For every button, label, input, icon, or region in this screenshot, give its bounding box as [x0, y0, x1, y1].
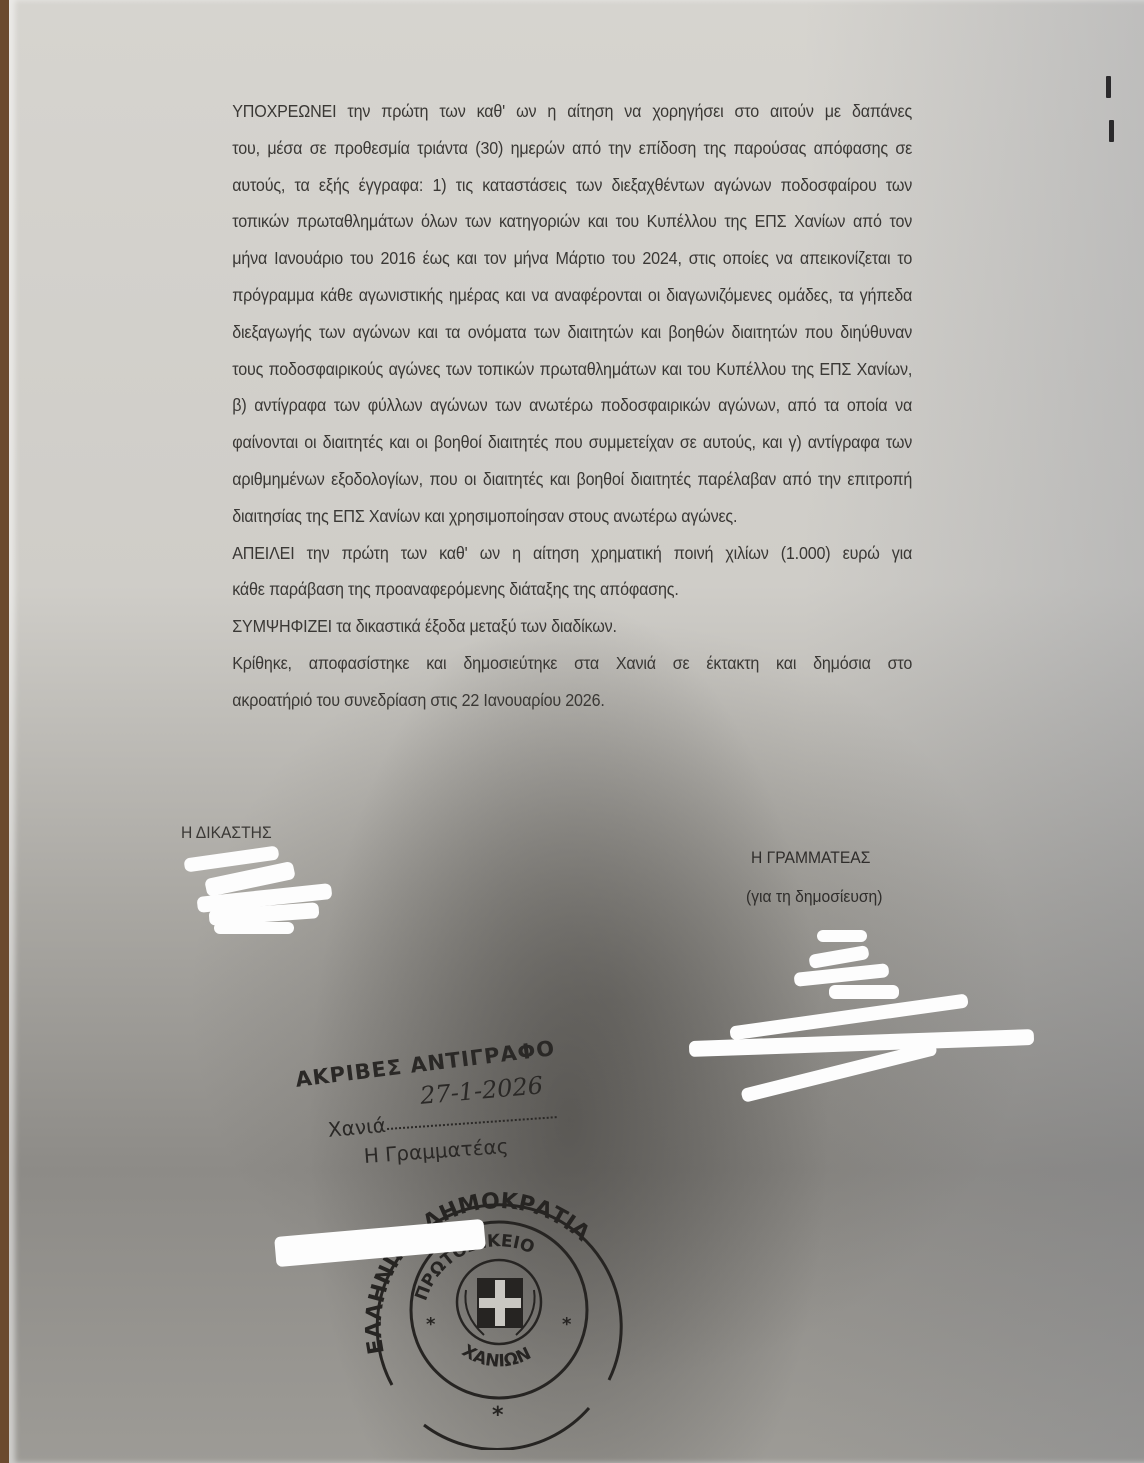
seal-outer-text: ΕΛΛΗΝΙΚΗ ΔΗΜΟΚΡΑΤΙΑ [362, 1189, 594, 1356]
certified-copy-city: Χανιά [327, 1113, 387, 1142]
certified-copy-role: Η Γραμματέας [363, 1134, 509, 1168]
paragraph-obligation: ΥΠΟΧΡΕΩΝΕΙ την πρώτη των καθ' ων η αίτησ… [143, 93, 912, 535]
court-seal: ΕΛΛΗΝΙΚΗ ΔΗΜΟΚΡΑΤΙΑ ΠΡΩΤΟΔΙΚΕΙΟ ΧΑΝΙΩΝ *… [354, 1170, 644, 1450]
text-line: του, μέσα σε προθεσμία τριάντα (30) ημερ… [143, 130, 912, 167]
text-line: φαίνονται οι διαιτητές και οι βοηθοί δια… [143, 424, 912, 461]
text-line: ΑΠΕΙΛΕΙ την πρώτη των καθ' ων η αίτηση χ… [143, 535, 912, 572]
certified-copy-date: 27-1-2026 [419, 1071, 544, 1110]
text-line: διαιτησίας της ΕΠΣ Χανίων και χρησιμοποί… [143, 498, 912, 535]
seal-bottom-text: ΧΑΝΙΩΝ [458, 1341, 534, 1372]
text-line: κάθε παράβαση της προαναφερόμενης διάταξ… [143, 571, 912, 608]
document-page: ΥΠΟΧΡΕΩΝΕΙ την πρώτη των καθ' ων η αίτησ… [9, 0, 1144, 1463]
paragraph-publication: Κρίθηκε, αποφασίστηκε και δημοσιεύτηκε σ… [143, 645, 912, 719]
text-line: πρόγραμμα κάθε αγωνιστικής ημέρας και να… [143, 277, 912, 314]
stamp-dotted-line [387, 1116, 557, 1130]
text-line: διεξαγωγής των αγώνων και τα ονόματα των… [143, 314, 912, 351]
text-line: ΥΠΟΧΡΕΩΝΕΙ την πρώτη των καθ' ων η αίτησ… [143, 93, 912, 130]
text-line: μήνα Ιανουάριο του 2016 έως και τον μήνα… [143, 240, 912, 277]
greek-cross-emblem-icon [465, 1278, 534, 1335]
text-line: ακροατήριό του συνεδρίαση στις 22 Ιανουα… [143, 682, 912, 719]
paragraph-penalty: ΑΠΕΙΛΕΙ την πρώτη των καθ' ων η αίτηση χ… [143, 535, 912, 609]
text-line: αριθμημένων εξοδολογίων, που οι διαιτητέ… [143, 461, 912, 498]
text-line: αυτούς, τα εξής έγγραφα: 1) τις καταστάσ… [143, 167, 912, 204]
text-line: τους ποδοσφαιρικούς αγώνες των τοπικών π… [143, 351, 912, 388]
staple-mark [1109, 120, 1114, 142]
text-line: τοπικών πρωταθλημάτων όλων των κατηγοριώ… [143, 203, 912, 240]
judge-signature-label: Η ΔΙΚΑΣΤΗΣ [181, 823, 272, 843]
clerk-signature-sublabel: (για τη δημοσίευση) [746, 887, 882, 907]
text-line: ΣΥΜΨΗΦΙΖΕΙ τα δικαστικά έξοδα μεταξύ των… [143, 608, 912, 645]
seal-star-right-icon: * [562, 1314, 572, 1335]
staple-mark [1106, 76, 1111, 98]
seal-star-left-icon: * [426, 1314, 436, 1335]
text-line: β) αντίγραφα των φύλλων αγώνων των ανωτέ… [143, 387, 912, 424]
seal-star-bottom-icon: * [492, 1403, 504, 1428]
document-body: ΥΠΟΧΡΕΩΝΕΙ την πρώτη των καθ' ων η αίτησ… [143, 93, 912, 719]
text-line: Κρίθηκε, αποφασίστηκε και δημοσιεύτηκε σ… [143, 645, 912, 682]
clerk-signature-label: Η ΓΡΑΜΜΑΤΕΑΣ [751, 848, 870, 868]
paragraph-costs: ΣΥΜΨΗΦΙΖΕΙ τα δικαστικά έξοδα μεταξύ των… [143, 608, 912, 645]
